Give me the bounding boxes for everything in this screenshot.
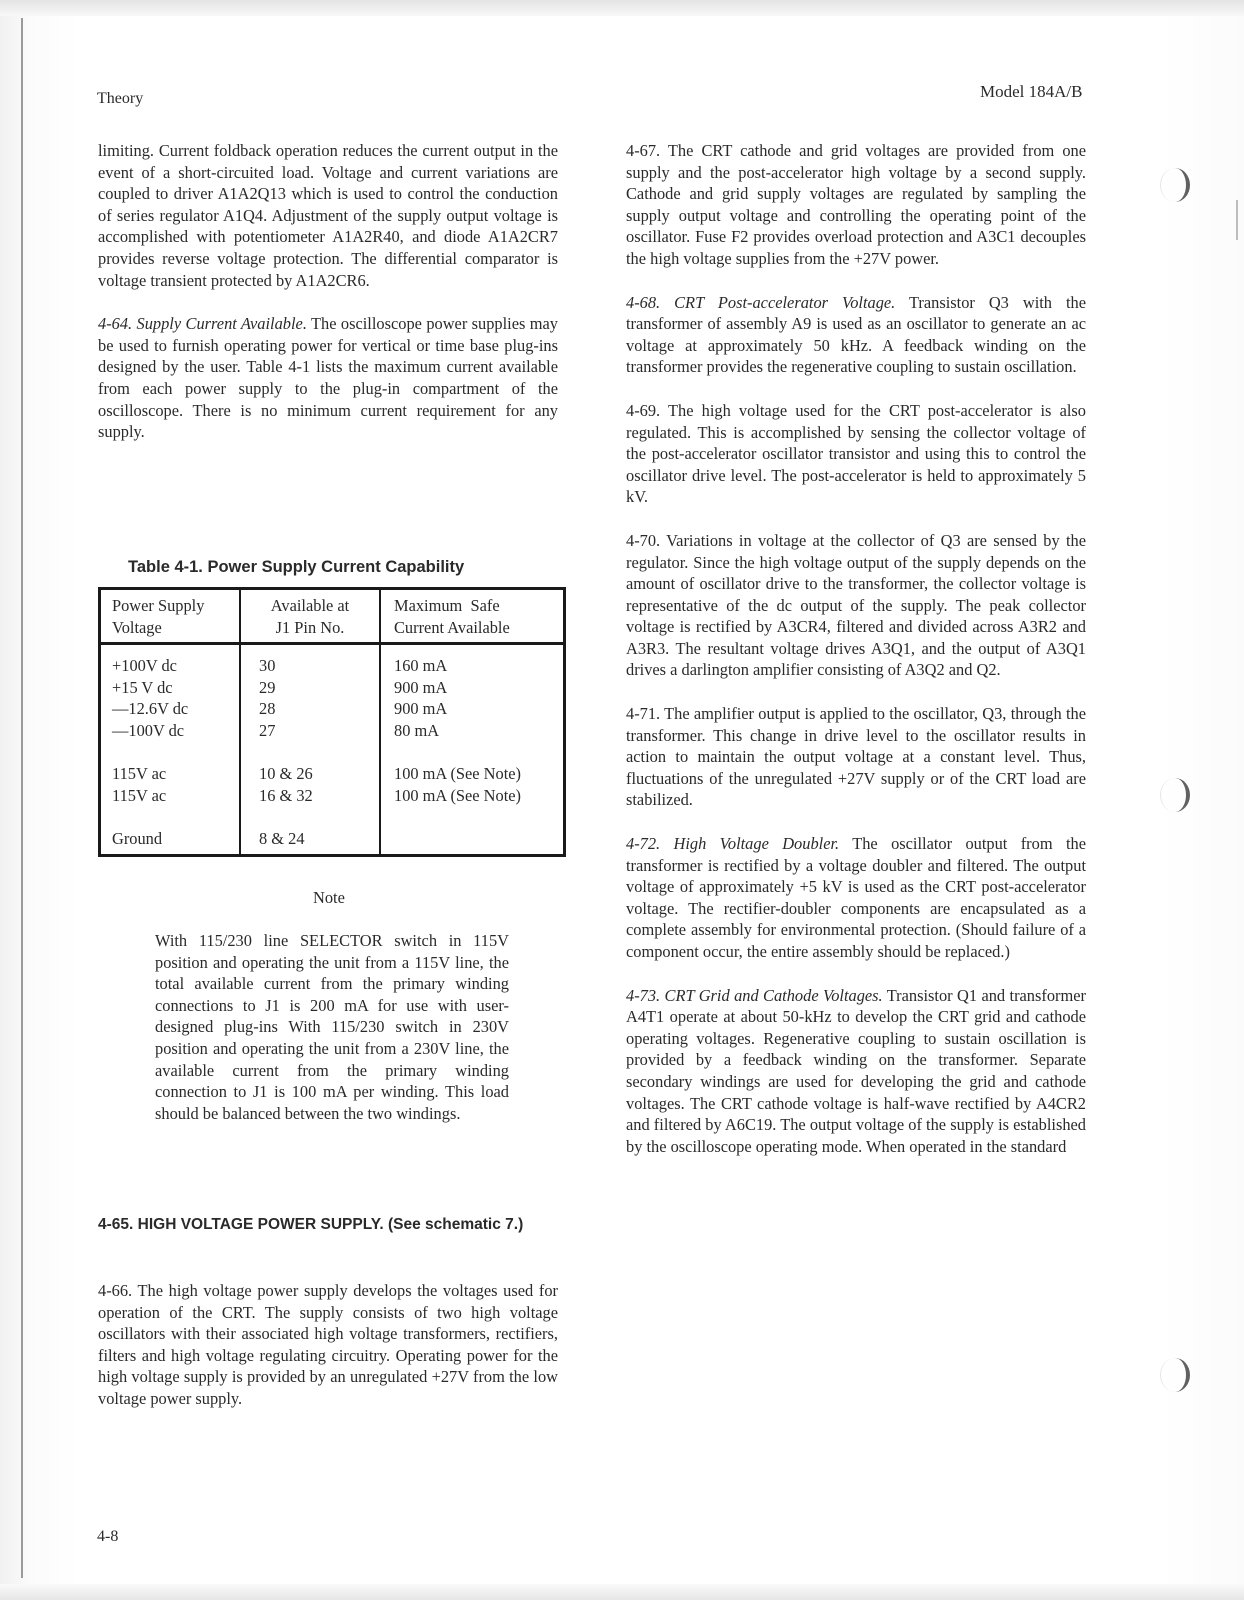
page-number: 4-8	[97, 1528, 118, 1546]
table-cell: 10 & 26	[259, 763, 379, 785]
running-header-section: Theory	[97, 90, 143, 108]
table-cell: 80 mA	[394, 720, 563, 742]
table-cell: Ground	[112, 828, 239, 850]
power-supply-table: Power Supply Voltage Available at J1 Pin…	[98, 587, 566, 857]
note-title: Note	[313, 888, 345, 908]
paragraph-limiting: limiting. Current foldback operation red…	[98, 140, 558, 291]
scan-left-edge	[21, 18, 23, 1578]
left-column-top: limiting. Current foldback operation red…	[98, 140, 558, 465]
table-cell: 115V ac	[112, 785, 239, 807]
paragraph-4-73-label: 4-73. CRT Grid and Cathode Voltages.	[626, 986, 883, 1005]
table-cell: 8 & 24	[259, 828, 379, 850]
header-power-supply-voltage: Power Supply Voltage	[101, 590, 241, 642]
table-cell: 100 mA (See Note)	[394, 785, 563, 807]
document-page: Theory Model 184A/B limiting. Current fo…	[0, 0, 1244, 1600]
table-title: Table 4-1. Power Supply Current Capabili…	[128, 558, 464, 577]
paragraph-4-66: 4-66. The high voltage power supply deve…	[98, 1280, 558, 1410]
paragraph-4-72-label: 4-72. High Voltage Doubler.	[626, 834, 839, 853]
table-cell: 100 mA (See Note)	[394, 763, 563, 785]
header-j1-pin: Available at J1 Pin No.	[241, 590, 381, 642]
paragraph-4-64-label: 4-64. Supply Current Available.	[98, 314, 307, 333]
table-cell: 160 mA	[394, 655, 563, 677]
paragraph-4-72: 4-72. High Voltage Doubler. The oscillat…	[626, 833, 1086, 963]
paragraph-4-64: 4-64. Supply Current Available. The osci…	[98, 313, 558, 443]
header-max-current: Maximum Safe Current Available	[381, 590, 563, 642]
paragraph-4-68-label: 4-68. CRT Post-accelerator Voltage.	[626, 293, 895, 312]
paragraph-4-69: 4-69. The high voltage used for the CRT …	[626, 400, 1086, 508]
table-cell: 29	[259, 677, 379, 699]
paragraph-4-64-text: The oscilloscope power supplies may be u…	[98, 314, 558, 441]
table-cell: 28	[259, 698, 379, 720]
scan-right-edge	[1236, 200, 1238, 240]
paragraph-4-68: 4-68. CRT Post-accelerator Voltage. Tran…	[626, 292, 1086, 378]
table-cell: —12.6V dc	[112, 698, 239, 720]
binder-hole-icon	[1160, 1358, 1190, 1392]
table-cell: 16 & 32	[259, 785, 379, 807]
note-body: With 115/230 line SELECTOR switch in 115…	[155, 930, 509, 1124]
paragraph-4-67: 4-67. The CRT cathode and grid voltages …	[626, 140, 1086, 270]
binder-hole-icon	[1160, 168, 1190, 202]
table-header-row: Power Supply Voltage Available at J1 Pin…	[101, 590, 563, 645]
paragraph-4-70: 4-70. Variations in voltage at the colle…	[626, 530, 1086, 681]
table-cell: +15 V dc	[112, 677, 239, 699]
column-current: 160 mA 900 mA 900 mA 80 mA 100 mA (See N…	[381, 645, 563, 854]
section-heading-4-65: 4-65. HIGH VOLTAGE POWER SUPPLY. (See sc…	[98, 1214, 558, 1236]
right-column: 4-67. The CRT cathode and grid voltages …	[626, 140, 1086, 1179]
table-cell: 30	[259, 655, 379, 677]
table-cell: 900 mA	[394, 698, 563, 720]
table-cell: +100V dc	[112, 655, 239, 677]
table-body: +100V dc +15 V dc —12.6V dc —100V dc 115…	[101, 645, 563, 854]
paragraph-4-72-text: The oscillator output from the transform…	[626, 834, 1086, 961]
table-cell: 27	[259, 720, 379, 742]
paragraph-4-71: 4-71. The amplifier output is applied to…	[626, 703, 1086, 811]
table-cell: 115V ac	[112, 763, 239, 785]
table-cell: —100V dc	[112, 720, 239, 742]
table-cell: 900 mA	[394, 677, 563, 699]
paragraph-4-73: 4-73. CRT Grid and Cathode Voltages. Tra…	[626, 985, 1086, 1158]
paragraph-4-73-text: Transistor Q1 and transformer A4T1 opera…	[626, 986, 1086, 1156]
running-header-model: Model 184A/B	[980, 82, 1082, 102]
scan-bottom-edge	[0, 1584, 1244, 1600]
left-column-bottom: 4-66. The high voltage power supply deve…	[98, 1280, 558, 1432]
column-voltage: +100V dc +15 V dc —12.6V dc —100V dc 115…	[101, 645, 241, 854]
scan-top-edge	[0, 0, 1244, 16]
column-pin: 30 29 28 27 10 & 26 16 & 32 8 & 24	[241, 645, 381, 854]
binder-hole-icon	[1160, 778, 1190, 812]
